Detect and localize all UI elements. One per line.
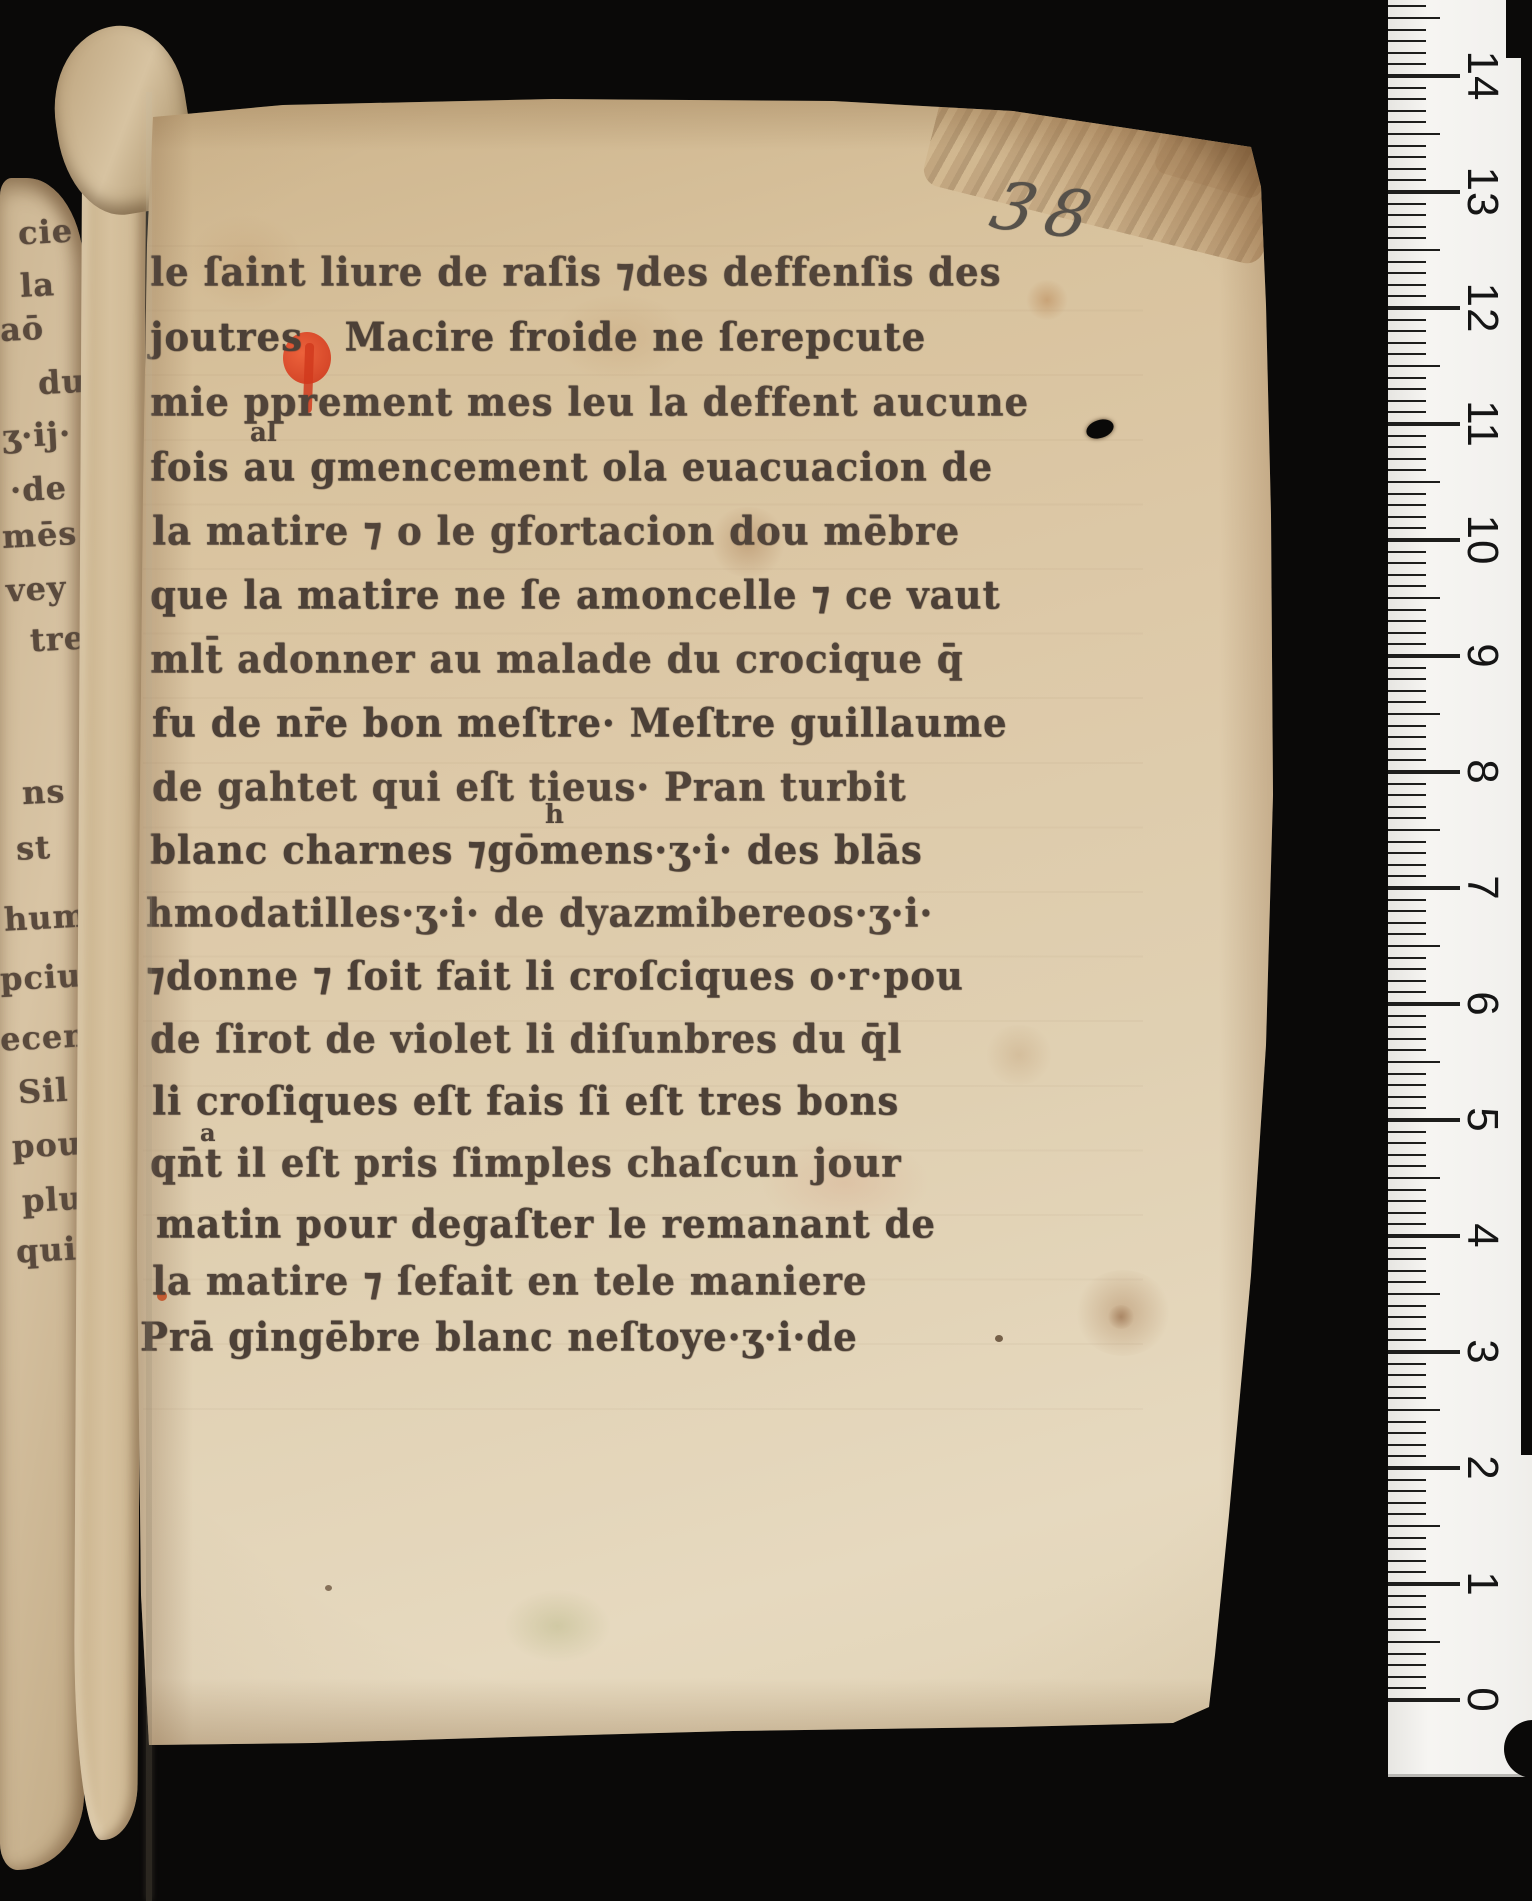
ruler-number: 9	[1457, 643, 1507, 668]
tick-mm	[1388, 957, 1426, 959]
tick-mm	[1388, 1676, 1426, 1678]
tick-mm	[1388, 1444, 1426, 1446]
tick-mm	[1388, 574, 1426, 576]
manuscript-line: mie pprement mes leu la deffent aucune	[150, 383, 1029, 422]
tick-half-cm	[1388, 17, 1440, 19]
ruler-number: 13	[1457, 167, 1507, 218]
tick-mm	[1388, 1096, 1426, 1098]
facing-page-fragment: st	[15, 828, 52, 868]
tick-mm	[1388, 261, 1426, 263]
tick-cm	[1388, 306, 1460, 310]
manuscript-photograph: cielaaōduʒ·ij··demēsveytrenssthumepciuſe…	[0, 0, 1532, 1901]
tick-mm	[1388, 458, 1426, 460]
tick-cm	[1388, 1466, 1460, 1470]
ruler-number: 7	[1457, 875, 1507, 900]
ruler-number: 4	[1457, 1223, 1507, 1248]
tick-mm	[1388, 1606, 1426, 1608]
tick-cm	[1388, 1698, 1460, 1702]
tick-mm	[1388, 156, 1426, 158]
tick-mm	[1388, 1038, 1426, 1040]
tick-mm	[1388, 1154, 1426, 1156]
tick-mm	[1388, 203, 1426, 205]
tick-mm	[1388, 841, 1426, 843]
tick-mm	[1388, 1200, 1426, 1202]
tick-mm	[1388, 1258, 1426, 1260]
tick-mm	[1388, 272, 1426, 274]
tick-mm	[1388, 736, 1426, 738]
tick-mm	[1388, 446, 1426, 448]
tick-half-cm	[1388, 945, 1440, 947]
ruler-number: 11	[1457, 400, 1507, 448]
tick-mm	[1388, 1316, 1426, 1318]
tick-mm	[1388, 1165, 1426, 1167]
tick-mm	[1388, 1502, 1426, 1504]
ruler-number: 5	[1457, 1107, 1507, 1132]
tick-half-cm	[1388, 829, 1440, 831]
tick-mm	[1388, 342, 1426, 344]
tick-mm	[1388, 1212, 1426, 1214]
tick-mm	[1388, 1374, 1426, 1376]
tick-mm	[1388, 377, 1426, 379]
facing-page-fragment: aō	[0, 309, 45, 349]
tick-mm	[1388, 40, 1426, 42]
tick-mm	[1388, 991, 1426, 993]
facing-page-fragment: pou	[11, 1124, 83, 1166]
interlinear-addition: a	[200, 1118, 216, 1147]
tick-cm	[1388, 422, 1460, 426]
manuscript-line: de ſirot de violet li diſunbres du q̄l	[150, 1020, 902, 1059]
facing-page-fragment: mēs	[1, 514, 78, 556]
tick-cm	[1388, 886, 1460, 890]
tick-half-cm	[1388, 713, 1440, 715]
tick-mm	[1388, 295, 1426, 297]
tick-mm	[1388, 1131, 1426, 1133]
tick-mm	[1388, 1049, 1426, 1051]
facing-page-fragment: ʒ·ij·	[1, 414, 72, 456]
tick-mm	[1388, 353, 1426, 355]
manuscript-line: qn̄t il eſt pris ſimples chaſcun jour	[150, 1144, 902, 1183]
tick-mm	[1388, 1386, 1426, 1388]
facing-page-fragment: ·de	[9, 469, 68, 510]
manuscript-line: li croſiques eſt fais ſi eſt tres bons	[152, 1082, 899, 1121]
tick-mm	[1388, 759, 1426, 761]
tick-cm	[1388, 770, 1460, 774]
ruler-number: 1	[1457, 1571, 1507, 1596]
tick-mm	[1388, 1189, 1426, 1191]
tick-mm	[1388, 469, 1426, 471]
ruler-number: 6	[1457, 991, 1507, 1016]
tick-half-cm	[1388, 1409, 1440, 1411]
manuscript-line: fu de nr̄e bon meſtre· Meſtre guillaume	[152, 704, 1008, 743]
tick-mm	[1388, 1142, 1426, 1144]
tick-mm	[1388, 504, 1426, 506]
tick-mm	[1388, 214, 1426, 216]
tick-mm	[1388, 400, 1426, 402]
tick-mm	[1388, 29, 1426, 31]
centimeter-ruler: 01234567891011121314	[1388, 0, 1532, 1777]
tick-mm	[1388, 701, 1426, 703]
tick-mm	[1388, 319, 1426, 321]
tick-mm	[1388, 864, 1426, 866]
torn-leaf-stub	[73, 40, 146, 1840]
tick-mm	[1388, 493, 1426, 495]
manuscript-line: que la matire ne ſe amoncelle ⁊ ce vaut	[150, 576, 1001, 615]
tick-mm	[1388, 1107, 1426, 1109]
tick-mm	[1388, 933, 1426, 935]
tick-mm	[1388, 794, 1426, 796]
tick-mm	[1388, 562, 1426, 564]
ruler-number: 2	[1457, 1455, 1507, 1480]
tick-mm	[1388, 388, 1426, 390]
facing-page-sliver: cielaaōduʒ·ij··demēsveytrenssthumepciuſe…	[0, 178, 84, 1870]
facing-page-fragment: Sil	[17, 1071, 69, 1112]
glass-strip-edge	[146, 92, 152, 1901]
tick-mm	[1388, 1073, 1426, 1075]
tick-mm	[1388, 1084, 1426, 1086]
photo-edge-strip	[1521, 0, 1532, 1455]
tick-mm	[1388, 1653, 1426, 1655]
tick-cm	[1388, 1118, 1460, 1122]
tick-mm	[1388, 852, 1426, 854]
tick-mm	[1388, 1455, 1426, 1457]
manuscript-line: hmodatilles·ʒ·i· de dyazmibereos·ʒ·i·	[146, 894, 933, 933]
manuscript-line: blanc charnes ⁊gōmens·ʒ·i· des blās	[150, 831, 923, 870]
ruler-number: 10	[1457, 515, 1507, 566]
tick-mm	[1388, 527, 1426, 529]
tick-mm	[1388, 1560, 1426, 1562]
tick-mm	[1388, 922, 1426, 924]
tick-mm	[1388, 690, 1426, 692]
tick-mm	[1388, 1270, 1426, 1272]
ruler-number: 14	[1457, 51, 1507, 102]
tick-mm	[1388, 899, 1426, 901]
tick-mm	[1388, 411, 1426, 413]
tick-mm	[1388, 1687, 1426, 1689]
tick-cm	[1388, 1350, 1460, 1354]
tick-half-cm	[1388, 249, 1440, 251]
tick-mm	[1388, 145, 1426, 147]
photo-edge-corner	[1506, 0, 1532, 58]
tick-mm	[1388, 5, 1426, 7]
tick-mm	[1388, 875, 1426, 877]
tick-half-cm	[1388, 1525, 1440, 1527]
tick-mm	[1388, 748, 1426, 750]
tick-half-cm	[1388, 1177, 1440, 1179]
bottom-edge-shadow	[133, 1678, 1274, 1748]
tick-mm	[1388, 1281, 1426, 1283]
tick-mm	[1388, 1490, 1426, 1492]
tick-mm	[1388, 1479, 1426, 1481]
facing-page-fragment: cie	[17, 212, 74, 253]
manuscript-line: ⁊donne ⁊ ſoit fait li croſciques o·r·pou	[146, 957, 964, 996]
tick-mm	[1388, 643, 1426, 645]
tick-half-cm	[1388, 1061, 1440, 1063]
folio-number: 38	[983, 167, 1112, 255]
tick-mm	[1388, 1537, 1426, 1539]
tick-mm	[1388, 678, 1426, 680]
tick-mm	[1388, 1339, 1426, 1341]
tick-mm	[1388, 620, 1426, 622]
manuscript-line: de gahtet qui eſt tieus· Pran turbit	[152, 768, 907, 807]
tick-mm	[1388, 585, 1426, 587]
speck	[325, 1585, 332, 1591]
tick-mm	[1388, 968, 1426, 970]
facing-page-fragment: ns	[21, 772, 66, 812]
tick-mm	[1388, 806, 1426, 808]
tick-cm	[1388, 538, 1460, 542]
tick-mm	[1388, 1026, 1426, 1028]
tick-mm	[1388, 1432, 1426, 1434]
tick-mm	[1388, 237, 1426, 239]
tick-mm	[1388, 110, 1426, 112]
tick-mm	[1388, 1548, 1426, 1550]
tick-mm	[1388, 632, 1426, 634]
tick-mm	[1388, 435, 1426, 437]
manuscript-line: Prā gingēbre blanc neſtoye·ʒ·i·de	[140, 1318, 858, 1357]
tick-mm	[1388, 551, 1426, 553]
tick-cm	[1388, 74, 1460, 78]
tick-mm	[1388, 284, 1426, 286]
tick-mm	[1388, 87, 1426, 89]
ruler-number: 0	[1457, 1687, 1507, 1712]
tick-mm	[1388, 330, 1426, 332]
tick-mm	[1388, 1305, 1426, 1307]
tick-mm	[1388, 1571, 1426, 1573]
tick-mm	[1388, 1328, 1426, 1330]
facing-page-fragment: la	[19, 265, 56, 305]
tick-mm	[1388, 1223, 1426, 1225]
tick-cm	[1388, 1582, 1460, 1586]
tick-mm	[1388, 980, 1426, 982]
tick-mm	[1388, 1664, 1426, 1666]
tick-half-cm	[1388, 481, 1440, 483]
tick-mm	[1388, 1247, 1426, 1249]
manuscript-line: la matire ⁊ ſefait en tele maniere	[152, 1262, 867, 1301]
ruler-number: 3	[1457, 1339, 1507, 1364]
fore-edge-shadow	[1219, 95, 1274, 1748]
stain	[505, 1590, 610, 1662]
tick-mm	[1388, 168, 1426, 170]
tick-mm	[1388, 121, 1426, 123]
tick-mm	[1388, 1513, 1426, 1515]
tick-half-cm	[1388, 1293, 1440, 1295]
tick-mm	[1388, 1015, 1426, 1017]
tick-mm	[1388, 1618, 1426, 1620]
manuscript-leaf: 38 le ſaint liure de raſis ⁊des deffenſi…	[133, 95, 1274, 1748]
interlinear-addition: al	[250, 418, 277, 448]
interlinear-addition: h	[545, 800, 564, 830]
tick-cm	[1388, 1002, 1460, 1006]
tick-mm	[1388, 1629, 1426, 1631]
ruler-number: 8	[1457, 759, 1507, 784]
manuscript-line: joutres Macire froide ne ſerepcute	[150, 318, 926, 357]
tick-mm	[1388, 98, 1426, 100]
facing-page-fragment: du	[37, 362, 87, 402]
tick-mm	[1388, 1363, 1426, 1365]
tick-mm	[1388, 516, 1426, 518]
tick-cm	[1388, 654, 1460, 658]
tick-mm	[1388, 1595, 1426, 1597]
facing-page-fragment: tre	[29, 619, 86, 660]
manuscript-line: la matire ⁊ o le gfortacion dou mēbre	[152, 512, 960, 551]
tick-cm	[1388, 190, 1460, 194]
tick-mm	[1388, 609, 1426, 611]
tick-mm	[1388, 1421, 1426, 1423]
tick-mm	[1388, 52, 1426, 54]
facing-page-fragment: vey	[5, 568, 67, 609]
manuscript-line: fois au gmencement ola euacuacion de	[150, 448, 993, 487]
tick-mm	[1388, 1397, 1426, 1399]
ruler-number: 12	[1457, 283, 1507, 334]
tick-half-cm	[1388, 1641, 1440, 1643]
tick-half-cm	[1388, 133, 1440, 135]
tick-mm	[1388, 179, 1426, 181]
tick-mm	[1388, 226, 1426, 228]
tick-cm	[1388, 1234, 1460, 1238]
tick-mm	[1388, 910, 1426, 912]
tick-mm	[1388, 725, 1426, 727]
manuscript-line: le ſaint liure de raſis ⁊des deffenſis d…	[150, 253, 1001, 292]
tick-half-cm	[1388, 597, 1440, 599]
tick-mm	[1388, 667, 1426, 669]
tick-mm	[1388, 783, 1426, 785]
tick-half-cm	[1388, 365, 1440, 367]
tick-mm	[1388, 63, 1426, 65]
tick-mm	[1388, 817, 1426, 819]
manuscript-line: mlt̄ adonner au malade du crocique q̄	[150, 640, 964, 679]
manuscript-line: matin pour degaſter le remanant de	[156, 1205, 936, 1244]
